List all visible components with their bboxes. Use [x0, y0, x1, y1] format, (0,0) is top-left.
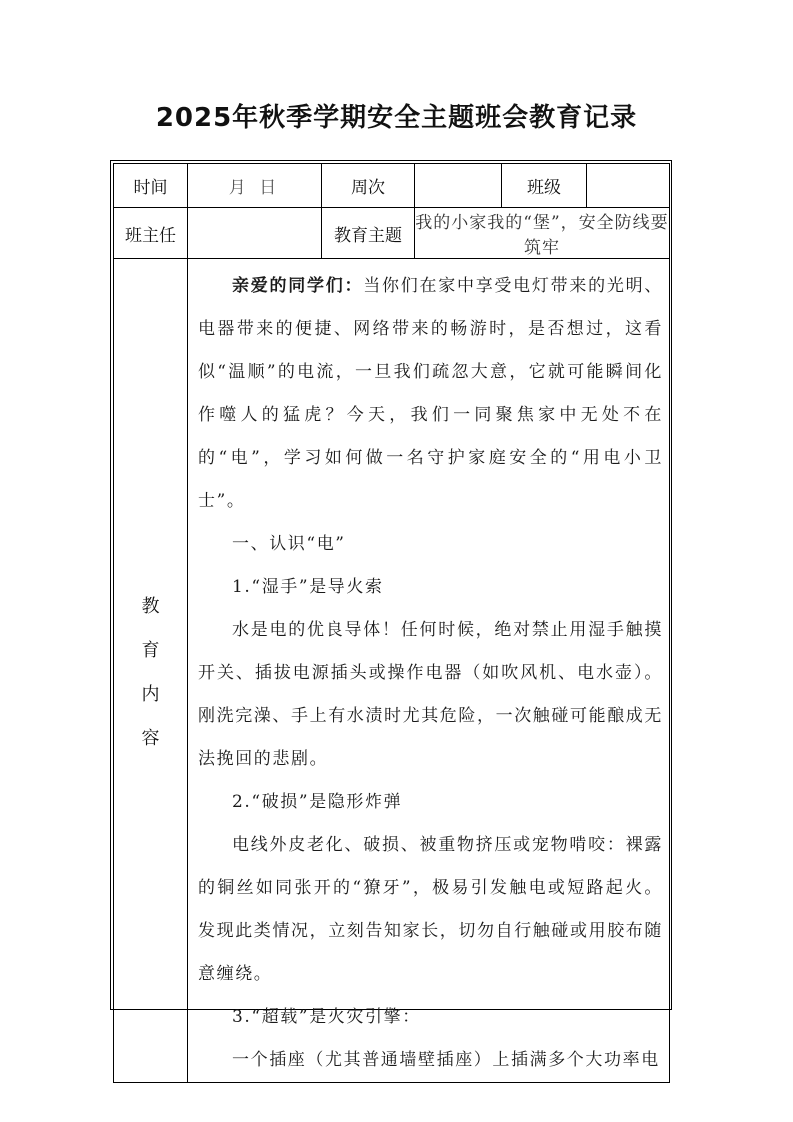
content-label-char: 内 [142, 680, 160, 706]
item-1-body: 水是电的优良导体！任何时候，绝对禁止用湿手触摸开关、插拔电源插头或操作电器（如吹… [198, 609, 663, 781]
greeting: 亲爱的同学们： [232, 276, 363, 296]
teacher-label: 班主任 [114, 208, 188, 259]
section-1-heading: 一、认识“电” [198, 523, 663, 566]
content-label-char: 教 [142, 592, 160, 618]
week-label: 周次 [322, 164, 415, 208]
item-1-heading: 1.“湿手”是导火索 [198, 566, 663, 609]
content-label-cell: 教 育 内 容 [114, 259, 188, 1083]
table-row-meta-1: 时间 月 日 周次 班级 [114, 164, 670, 208]
week-field[interactable] [415, 164, 502, 208]
item-3-body: 一个插座（尤其普通墙壁插座）上插满多个大功率电 [198, 1039, 663, 1082]
record-table-frame: 时间 月 日 周次 班级 班主任 教育主题 我的小家我的“堡”，安全防线要筑牢 … [110, 160, 672, 1010]
class-field[interactable] [587, 164, 670, 208]
item-2-body: 电线外皮老化、破损、被重物挤压或宠物啃咬：裸露的铜丝如同张开的“獠牙”，极易引发… [198, 824, 663, 996]
item-2-heading: 2.“破损”是隐形炸弹 [198, 781, 663, 824]
table-row-meta-2: 班主任 教育主题 我的小家我的“堡”，安全防线要筑牢 [114, 208, 670, 259]
intro-text: 当你们在家中享受电灯带来的光明、电器带来的便捷、网络带来的畅游时，是否想过，这看… [198, 276, 663, 511]
time-label: 时间 [114, 164, 188, 208]
content-label: 教 育 内 容 [114, 592, 187, 750]
content-label-char: 容 [142, 724, 160, 750]
item-3-heading: 3.“超载”是火灾引擎： [198, 996, 663, 1039]
time-field[interactable]: 月 日 [188, 164, 322, 208]
content-label-char: 育 [142, 636, 160, 662]
intro-paragraph: 亲爱的同学们：当你们在家中享受电灯带来的光明、电器带来的便捷、网络带来的畅游时，… [198, 265, 663, 523]
record-table: 时间 月 日 周次 班级 班主任 教育主题 我的小家我的“堡”，安全防线要筑牢 … [113, 163, 670, 1083]
content-body: 亲爱的同学们：当你们在家中享受电灯带来的光明、电器带来的便捷、网络带来的畅游时，… [198, 265, 663, 1082]
table-row-content: 教 育 内 容 亲爱的同学们：当你们在家中享受电灯带来的光明、电器带来的便捷、网… [114, 259, 670, 1083]
class-label: 班级 [502, 164, 587, 208]
page-title: 2025年秋季学期安全主题班会教育记录 [0, 100, 793, 136]
theme-label: 教育主题 [322, 208, 415, 259]
content-cell[interactable]: 亲爱的同学们：当你们在家中享受电灯带来的光明、电器带来的便捷、网络带来的畅游时，… [188, 259, 670, 1083]
theme-field[interactable]: 我的小家我的“堡”，安全防线要筑牢 [415, 208, 670, 259]
teacher-field[interactable] [188, 208, 322, 259]
